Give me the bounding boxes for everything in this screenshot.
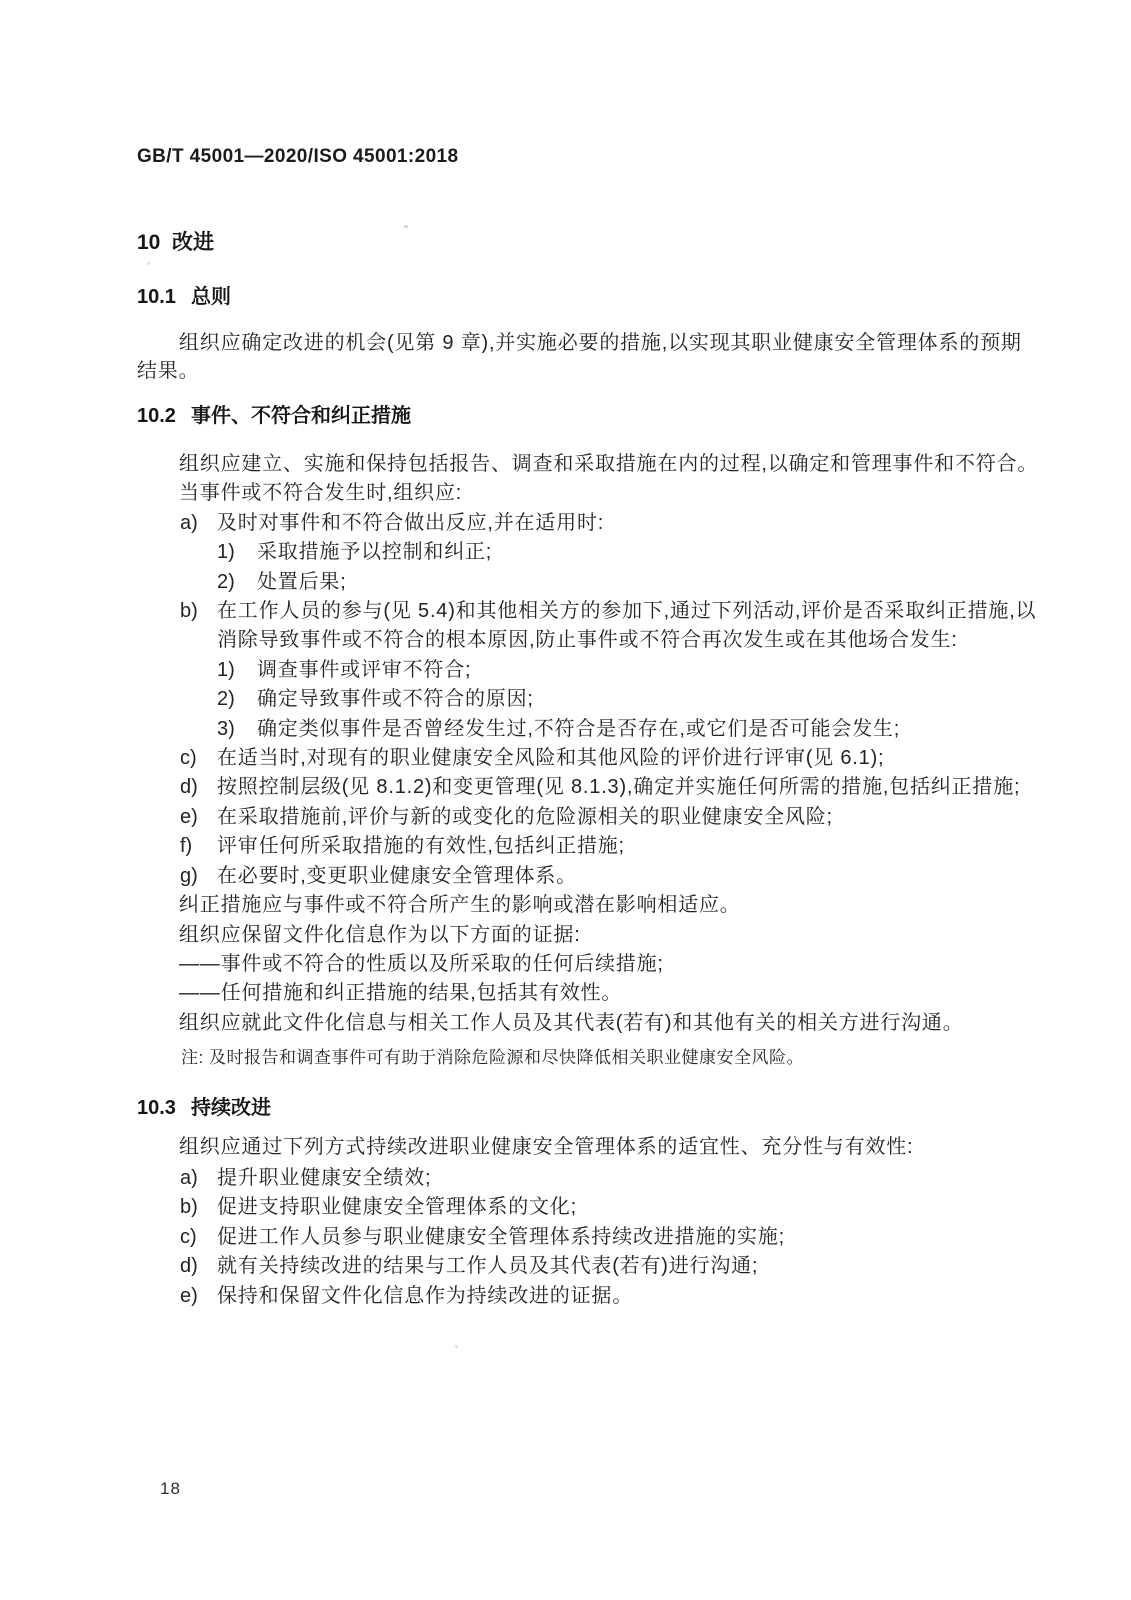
list-marker: e) <box>180 803 217 832</box>
list-item-text: 及时对事件和不符合做出反应,并在适用时: <box>217 512 604 534</box>
paragraph-line: 当事件或不符合发生时,组织应: <box>179 479 1087 508</box>
list-marker: c) <box>180 1223 217 1253</box>
list-item: e)保持和保留文件化信息作为持续改进的证据。 <box>180 1282 1087 1312</box>
list-item: g)在必要时,变更职业健康安全管理体系。 <box>180 862 1087 891</box>
list-marker: c) <box>180 744 217 773</box>
list-marker: 1) <box>217 538 257 567</box>
list-item-text: 在适当时,对现有的职业健康安全风险和其他风险的评价进行评审(见 6.1); <box>217 747 884 769</box>
list-item-text: 确定导致事件或不符合的原因; <box>257 688 534 710</box>
heading-title: 持续改进 <box>191 1097 271 1119</box>
heading-title: 改进 <box>172 231 214 254</box>
document-page: GB/T 45001—2020/ISO 45001:2018 10改进 10.1… <box>0 0 1131 1600</box>
list-marker: e) <box>180 1282 217 1312</box>
section-10-3-intro: 组织应通过下列方式持续改进职业健康安全管理体系的适宜性、充分性与有效性: <box>179 1133 1087 1162</box>
sub-list-item: 2)处置后果; <box>217 568 1087 597</box>
sub-list-item: 1)调查事件或评审不符合; <box>217 656 1087 685</box>
list-item-text: 采取措施予以控制和纠正; <box>257 541 492 563</box>
list-item-text: 在必要时,变更职业健康安全管理体系。 <box>217 865 577 887</box>
heading-title: 总则 <box>191 286 231 308</box>
list-item: e)在采取措施前,评价与新的或变化的危险源相关的职业健康安全风险; <box>180 803 1087 832</box>
list-item-text: 在工作人员的参与(见 5.4)和其他相关方的参加下,通过下列活动,评价是否采取纠… <box>217 600 1036 622</box>
list-item: d)就有关持续改进的结果与工作人员及其代表(若有)进行沟通; <box>180 1252 1087 1282</box>
list-item-text: 确定类似事件是否曾经发生过,不符合是否存在,或它们是否可能会发生; <box>257 718 900 740</box>
list-marker: a) <box>180 509 217 538</box>
list-item-text: 调查事件或评审不符合; <box>257 659 471 681</box>
paragraph-line: 纠正措施应与事件或不符合所产生的影响或潜在影响相适应。 <box>179 891 1087 920</box>
note: 注: 及时报告和调查事件可有助于消除危险源和尽快降低相关职业健康安全风险。 <box>181 1046 1087 1070</box>
list-item-text: 促进支持职业健康安全管理体系的文化; <box>217 1196 577 1218</box>
list-marker: 3) <box>217 715 257 744</box>
heading-number: 10 <box>137 229 172 257</box>
list-item-text: 在采取措施前,评价与新的或变化的危险源相关的职业健康安全风险; <box>217 806 833 828</box>
doc-code-header: GB/T 45001—2020/ISO 45001:2018 <box>137 143 1087 171</box>
paragraph-line: 组织应建立、实施和保持包括报告、调查和采取措施在内的过程,以确定和管理事件和不符… <box>179 450 1087 479</box>
heading-number: 10.1 <box>137 283 191 311</box>
list-item-continuation: 消除导致事件或不符合的根本原因,防止事件或不符合再次发生或在其他场合发生: <box>217 626 1087 655</box>
paragraph-line: 组织应保留文件化信息作为以下方面的证据: <box>179 921 1087 950</box>
list-marker: g) <box>180 862 217 891</box>
page-content: GB/T 45001—2020/ISO 45001:2018 10改进 10.1… <box>137 0 1087 1312</box>
list-item: c)促进工作人员参与职业健康安全管理体系持续改进措施的实施; <box>180 1223 1087 1253</box>
sub-list-item: 2)确定导致事件或不符合的原因; <box>217 685 1087 714</box>
heading-number: 10.3 <box>137 1094 191 1122</box>
heading-title: 事件、不符合和纠正措施 <box>191 405 411 427</box>
list-marker: d) <box>180 1252 217 1282</box>
list-item-text: 提升职业健康安全绩效; <box>217 1167 431 1189</box>
list-marker: a) <box>180 1164 217 1194</box>
sub-list-item: 3)确定类似事件是否曾经发生过,不符合是否存在,或它们是否可能会发生; <box>217 715 1087 744</box>
scan-speck <box>455 1345 458 1348</box>
list-item-text: 评审任何所采取措施的有效性,包括纠正措施; <box>217 835 625 857</box>
list-item-text: 按照控制层级(见 8.1.2)和变更管理(见 8.1.3),确定并实施任何所需的… <box>217 776 1020 798</box>
list-marker: 1) <box>217 656 257 685</box>
paragraph-line: 结果。 <box>137 357 1087 385</box>
section-10-heading: 10改进 <box>137 229 1087 257</box>
list-item-text: 促进工作人员参与职业健康安全管理体系持续改进措施的实施; <box>217 1226 785 1248</box>
note-text: 及时报告和调查事件可有助于消除危险源和尽快降低相关职业健康安全风险。 <box>209 1048 804 1067</box>
heading-number: 10.2 <box>137 402 191 430</box>
page-number: 18 <box>160 1477 181 1501</box>
list-marker: 2) <box>217 568 257 597</box>
list-item-text: 处置后果; <box>257 571 347 593</box>
list-item: d)按照控制层级(见 8.1.2)和变更管理(见 8.1.3),确定并实施任何所… <box>180 773 1087 802</box>
paragraph-line: 组织应确定改进的机会(见第 9 章),并实施必要的措施,以实现其职业健康安全管理… <box>137 329 1087 357</box>
section-10-1-heading: 10.1总则 <box>137 283 1087 311</box>
dash-list-item: ——事件或不符合的性质以及所采取的任何后续措施; <box>179 950 1087 979</box>
section-10-1-paragraph: 组织应确定改进的机会(见第 9 章),并实施必要的措施,以实现其职业健康安全管理… <box>137 329 1087 385</box>
section-10-2-heading: 10.2事件、不符合和纠正措施 <box>137 402 1087 430</box>
list-item: f)评审任何所采取措施的有效性,包括纠正措施; <box>180 832 1087 861</box>
dash-list-item: ——任何措施和纠正措施的结果,包括其有效性。 <box>179 979 1087 1008</box>
list-item: a)及时对事件和不符合做出反应,并在适用时: <box>180 509 1087 538</box>
note-label: 注: <box>181 1048 204 1067</box>
paragraph-line: 组织应就此文件化信息与相关工作人员及其代表(若有)和其他有关的相关方进行沟通。 <box>179 1009 1087 1038</box>
list-marker: f) <box>180 832 217 861</box>
section-10-3-heading: 10.3持续改进 <box>137 1094 1087 1122</box>
list-item: b)促进支持职业健康安全管理体系的文化; <box>180 1193 1087 1223</box>
sub-list-item: 1)采取措施予以控制和纠正; <box>217 538 1087 567</box>
list-marker: d) <box>180 773 217 802</box>
list-item-text: 就有关持续改进的结果与工作人员及其代表(若有)进行沟通; <box>217 1255 758 1277</box>
list-item: a)提升职业健康安全绩效; <box>180 1164 1087 1194</box>
section-10-2-body: 组织应建立、实施和保持包括报告、调查和采取措施在内的过程,以确定和管理事件和不符… <box>137 450 1087 1038</box>
list-marker: b) <box>180 597 217 626</box>
list-item: b)在工作人员的参与(见 5.4)和其他相关方的参加下,通过下列活动,评价是否采… <box>180 597 1087 626</box>
list-marker: 2) <box>217 685 257 714</box>
list-item-text: 保持和保留文件化信息作为持续改进的证据。 <box>217 1285 633 1307</box>
list-marker: b) <box>180 1193 217 1223</box>
list-item: c)在适当时,对现有的职业健康安全风险和其他风险的评价进行评审(见 6.1); <box>180 744 1087 773</box>
section-10-3-list: a)提升职业健康安全绩效; b)促进支持职业健康安全管理体系的文化; c)促进工… <box>137 1164 1087 1312</box>
